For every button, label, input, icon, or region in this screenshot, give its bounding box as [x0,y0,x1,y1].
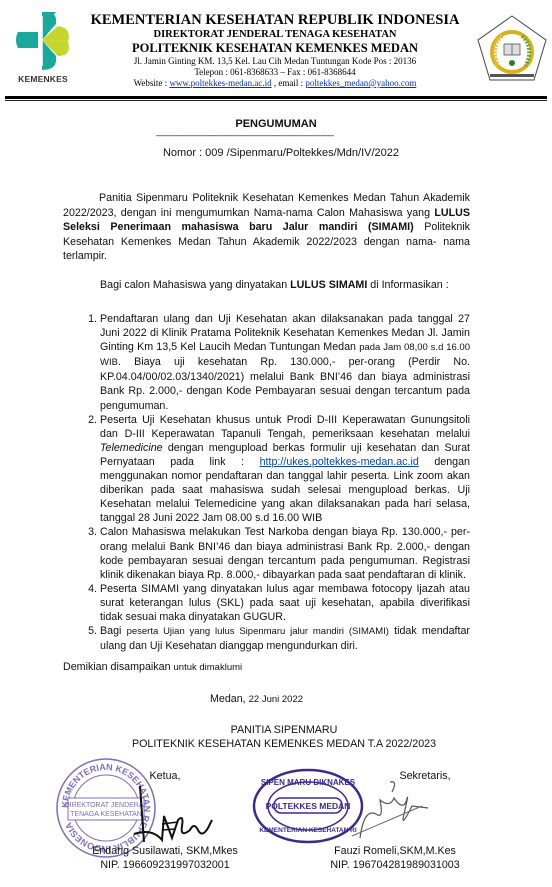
directorate-name: DIREKTORAT JENDERAL TENAGA KESEHATAN [80,28,470,41]
announcement-number: Nomor : 009 /Sipenmaru/Poltekkes/Mdn/IV/… [0,147,552,159]
signer-nip: NIP. 196704281989031003 [300,859,490,872]
intro-paragraph: Panitia Sipenmaru Politeknik Kesehatan K… [63,191,470,264]
committee-heading: PANITIA SIPENMARU POLITEKNIK KESEHATAN K… [0,723,552,751]
kemenkes-logo-icon [12,10,74,72]
list-item: Bagi peserta Ujian yang lulus Sipenmaru … [100,624,470,653]
signer-name: Endang Susilawati, SKM,Mkes [80,845,250,858]
website-link[interactable]: www.poltekkes-medan.ac.id [169,78,271,88]
signer-name: Fauzi Romeli,SKM,M.Kes [300,845,490,858]
date: 22 Juni 2022 [249,694,303,705]
address: Jl. Jamin Ginting KM. 13,5 Kel. Lau Cih … [80,56,470,67]
ministry-name: KEMENTERIAN KESEHATAN REPUBLIK INDONESIA [80,12,470,28]
place-date: Medan, 22 Juni 2022 [210,693,303,705]
signer-nip: NIP. 196609231997032001 [80,859,250,872]
signature-sekretaris [350,778,430,848]
email-link[interactable]: poltekkes_medan@yahoo.com [305,78,416,88]
institution-name: POLITEKNIK KESEHATAN KEMENKES MEDAN [80,41,470,56]
ukes-link[interactable]: http://ukes.poltekkes-medan.ac.id [260,456,419,468]
announcement-title: PENGUMUMAN [0,118,552,130]
poltekkes-emblem-icon [476,14,548,84]
title-separator: ----------------------------------------… [156,131,386,140]
info-list: Pendaftaran ulang dan Uji Kesehatan akan… [63,312,470,653]
svg-text:POLTEKKES MEDAN: POLTEKKES MEDAN [266,801,351,811]
list-item: Calon Mahasiswa melakukan Test Narkoba d… [100,525,470,581]
info-lead: Bagi calon Mahasiswa yang dinyatakan LUL… [100,278,480,293]
letterhead-rule-thick [5,96,547,99]
list-item: Peserta Uji Kesehatan khusus untuk Prodi… [100,413,470,526]
list-item: Pendaftaran ulang dan Uji Kesehatan akan… [100,312,470,413]
poltekkes-logo [476,14,548,84]
signer-role: Ketua, [80,770,250,783]
closing-text: Demikian disampaikan untuk dimaklumi [63,661,242,673]
contact-line: Website : www.poltekkes-medan.ac.id , em… [80,78,470,89]
kemenkes-logo: KEMENKES [12,10,74,85]
letterhead: KEMENKES KEMENTERIAN KESEHATAN REPUBLIK … [0,0,552,100]
svg-text:KEMENTERIAN KESEHATAN RI: KEMENTERIAN KESEHATAN RI [259,827,356,834]
signature-ketua [132,780,220,850]
letterhead-rule-thin [5,100,547,101]
letterhead-text: KEMENTERIAN KESEHATAN REPUBLIK INDONESIA… [80,12,470,89]
kemenkes-wordmark: KEMENKES [12,74,74,84]
signer-role: Sekretaris, [300,770,490,783]
phone-fax: Telepon : 061-8368633 – Fax : 061-836864… [80,67,470,78]
list-item: Peserta SIMAMI yang dinyatakan lulus aga… [100,582,470,624]
